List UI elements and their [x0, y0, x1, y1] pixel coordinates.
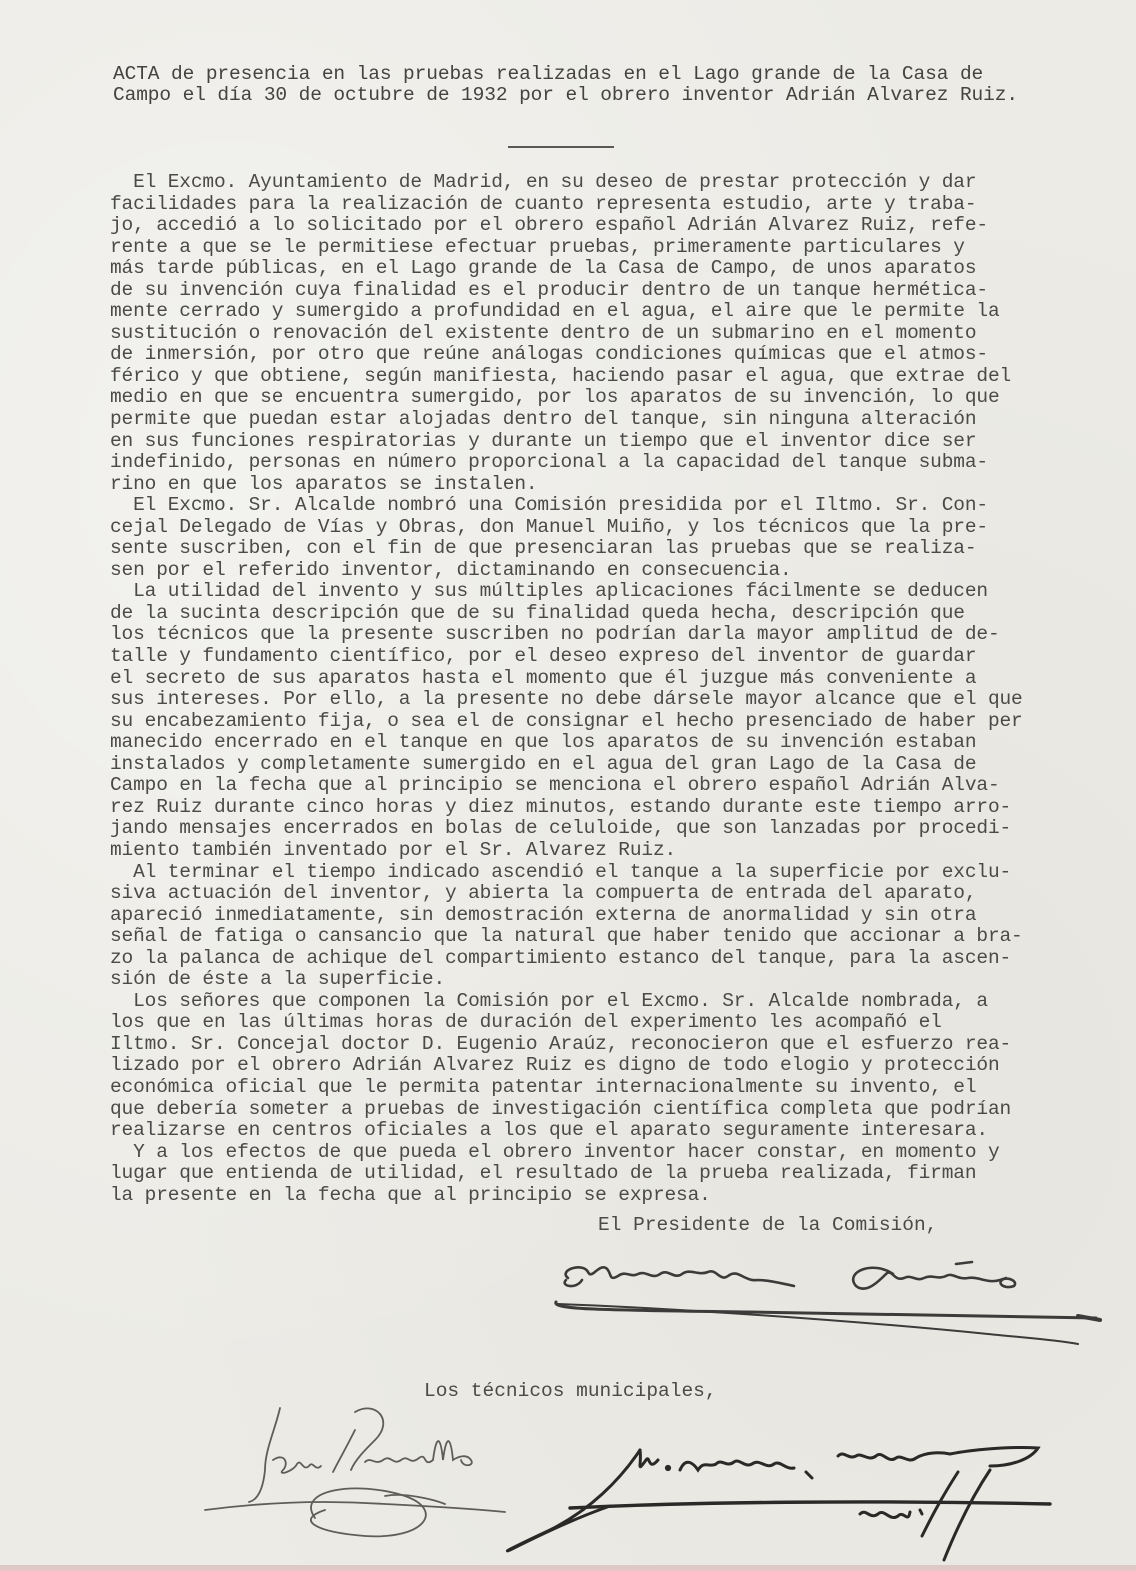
- body-line: Los señores que componen la Comisión por…: [110, 991, 1134, 1013]
- body-line: manecido encerrado en el tanque en que l…: [110, 732, 1134, 754]
- paper-bottom-edge: [0, 1565, 1136, 1571]
- body-line: lizado por el obrero Adrián Alvarez Ruiz…: [110, 1055, 1134, 1077]
- body-line: facilidades para la realización de cuant…: [110, 194, 1134, 216]
- body-line: mente cerrado y sumergido a profundidad …: [110, 301, 1134, 323]
- body-line: Campo en la fecha que al principio se me…: [110, 775, 1134, 797]
- body-line: Al terminar el tiempo indicado ascendió …: [110, 862, 1134, 884]
- document-title: ACTA de presencia en las pruebas realiza…: [113, 64, 1128, 106]
- body-line: más tarde públicas, en el Lago grande de…: [110, 258, 1134, 280]
- body-line: jando mensajes encerrados en bolas de ce…: [110, 818, 1134, 840]
- body-line: rez Ruiz durante cinco horas y diez minu…: [110, 797, 1134, 819]
- body-line: Iltmo. Sr. Concejal doctor D. Eugenio Ar…: [110, 1034, 1134, 1056]
- body-line: sus intereses. Por ello, a la presente n…: [110, 689, 1134, 711]
- body-line: de la sucinta descripción que de su fina…: [110, 603, 1134, 625]
- body-line: El Excmo. Sr. Alcalde nombró una Comisió…: [110, 495, 1134, 517]
- body-line: El Excmo. Ayuntamiento de Madrid, en su …: [110, 172, 1134, 194]
- body-line: económica oficial que le permita patenta…: [110, 1077, 1134, 1099]
- body-line: siva actuación del inventor, y abierta l…: [110, 883, 1134, 905]
- title-line: ACTA de presencia en las pruebas realiza…: [113, 64, 1128, 85]
- president-label: El Presidente de la Comisión,: [598, 1214, 937, 1236]
- body-line: instalados y completamente sumergido en …: [110, 754, 1134, 776]
- body-line: sen por el referido inventor, dictaminan…: [110, 560, 1134, 582]
- body-line: permite que puedan estar alojadas dentro…: [110, 409, 1134, 431]
- body-line: los técnicos que la presente suscriben n…: [110, 624, 1134, 646]
- body-line: rino en que los aparatos se instalen.: [110, 474, 1134, 496]
- body-line: La utilidad del invento y sus múltiples …: [110, 581, 1134, 603]
- body-line: la presente en la fecha que al principio…: [110, 1185, 1134, 1207]
- body-line: indefinido, personas en número proporcio…: [110, 452, 1134, 474]
- president-signature: Manuel Muiño: [548, 1250, 1108, 1350]
- document-body: El Excmo. Ayuntamiento de Madrid, en su …: [110, 172, 1134, 1206]
- title-line: Campo el día 30 de octubre de 1932 por e…: [113, 85, 1128, 106]
- body-line: de inmersión, por otro que reúne análoga…: [110, 344, 1134, 366]
- body-line: su encabezamiento fija, o sea el de cons…: [110, 711, 1134, 733]
- title-divider: [508, 146, 614, 148]
- body-line: lugar que entienda de utilidad, el resul…: [110, 1163, 1134, 1185]
- technician-signature-alvarez-naya: M. Alvarez Naya: [490, 1430, 1070, 1570]
- body-line: Y a los efectos de que pueda el obrero i…: [110, 1142, 1134, 1164]
- body-line: cejal Delegado de Vías y Obras, don Manu…: [110, 517, 1134, 539]
- body-line: zo la palanca de achique del compartimie…: [110, 948, 1134, 970]
- body-line: rente a que se le permitiese efectuar pr…: [110, 237, 1134, 259]
- body-line: talle y fundamento científico, por el de…: [110, 646, 1134, 668]
- body-line: sustitución o renovación del existente d…: [110, 323, 1134, 345]
- body-line: apareció inmediatamente, sin demostració…: [110, 905, 1134, 927]
- body-line: de su invención cuya finalidad es el pro…: [110, 280, 1134, 302]
- body-line: miento también inventado por el Sr. Alva…: [110, 840, 1134, 862]
- body-line: jo, accedió a lo solicitado por el obrer…: [110, 215, 1134, 237]
- technicians-label: Los técnicos municipales,: [424, 1380, 717, 1402]
- body-line: sión de éste a la superficie.: [110, 969, 1134, 991]
- body-line: férico y que obtiene, según manifiesta, …: [110, 366, 1134, 388]
- body-line: realizarse en centros oficiales a los qu…: [110, 1120, 1134, 1142]
- body-line: sente suscriben, con el fin de que prese…: [110, 538, 1134, 560]
- body-line: en sus funciones respiratorias y durante…: [110, 431, 1134, 453]
- body-line: el secreto de sus aparatos hasta el mome…: [110, 668, 1134, 690]
- body-line: los que en las últimas horas de duración…: [110, 1012, 1134, 1034]
- body-line: medio en que se encuentra sumergido, por…: [110, 387, 1134, 409]
- body-line: que debería someter a pruebas de investi…: [110, 1099, 1134, 1121]
- body-line: señal de fatiga o cansancio que la natur…: [110, 926, 1134, 948]
